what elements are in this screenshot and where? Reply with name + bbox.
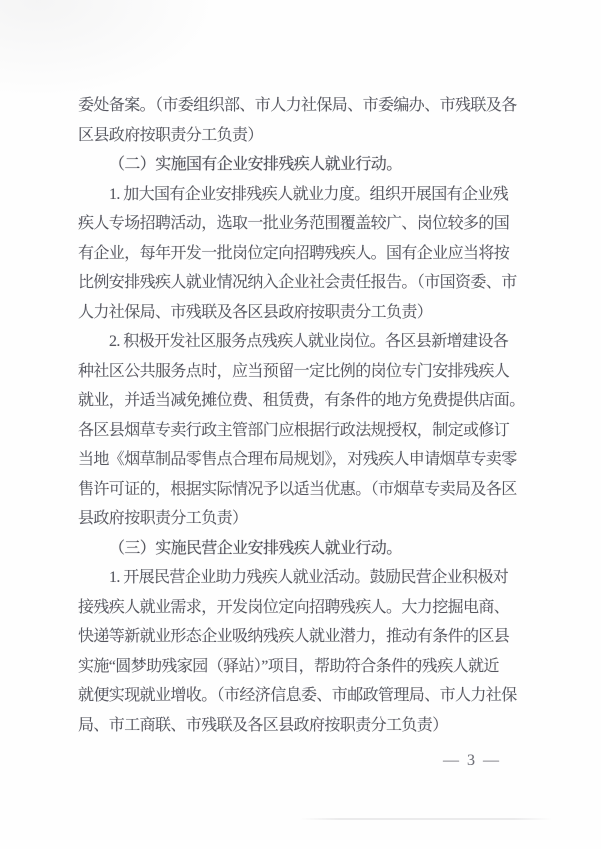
page-number: — 3 — — [443, 752, 501, 770]
text-line: 各区县烟草专卖行政主管部门应根据行政法规授权，制定或修订 — [78, 416, 525, 446]
text-line: 人力社保局、市残联及各区县政府按职责分工负责） — [78, 298, 525, 328]
text-line: 比例安排残疾人就业情况纳入企业社会责任报告。（市国资委、市 — [78, 268, 525, 298]
section-heading: （三）实施民营企业安排残疾人就业行动。 — [78, 534, 525, 564]
scan-line-artifact — [300, 818, 552, 820]
text-line: 有企业，每年开发一批岗位定向招聘残疾人。国有企业应当将按 — [78, 239, 525, 269]
text-line: 当地《烟草制品零售点合理布局规划》，对残疾人申请烟草专卖零 — [78, 445, 525, 475]
text-line: 疾人专场招聘活动，选取一批业务范围覆盖较广、岗位较多的国 — [78, 209, 525, 239]
text-line: 2. 积极开发社区服务点残疾人就业岗位。各区县新增建设各 — [78, 327, 525, 357]
text-line: 实施“圆梦助残家园（驿站）”项目，帮助符合条件的残疾人就近 — [78, 652, 525, 682]
text-line: 快递等新就业形态企业吸纳残疾人就业潜力，推动有条件的区县 — [78, 622, 525, 652]
text-line: 售许可证的，根据实际情况予以适当优惠。（市烟草专卖局及各区 — [78, 475, 525, 505]
scanned-document-page: 委处备案。（市委组织部、市人力社保局、市委编办、市残联及各 区县政府按职责分工负… — [0, 0, 601, 849]
text-line: 局、市工商联、市残联及各区县政府按职责分工负责） — [78, 711, 525, 741]
text-line: 县政府按职责分工负责） — [78, 504, 525, 534]
text-line: 就业，并适当减免摊位费、租赁费，有条件的地方免费提供店面。 — [78, 386, 525, 416]
document-text-block: 委处备案。（市委组织部、市人力社保局、市委编办、市残联及各 区县政府按职责分工负… — [78, 91, 525, 740]
text-line: 委处备案。（市委组织部、市人力社保局、市委编办、市残联及各 — [78, 91, 525, 121]
text-line: 区县政府按职责分工负责） — [78, 121, 525, 151]
text-line: 接残疾人就业需求，开发岗位定向招聘残疾人。大力挖掘电商、 — [78, 593, 525, 623]
text-line: 种社区公共服务点时，应当预留一定比例的岗位专门安排残疾人 — [78, 357, 525, 387]
text-line: 1. 加大国有企业安排残疾人就业力度。组织开展国有企业残 — [78, 180, 525, 210]
text-line: 就便实现就业增收。（市经济信息委、市邮政管理局、市人力社保 — [78, 681, 525, 711]
section-heading: （二）实施国有企业安排残疾人就业行动。 — [78, 150, 525, 180]
scan-smudge-artifact — [0, 0, 220, 100]
text-line: 1. 开展民营企业助力残疾人就业活动。鼓励民营企业积极对 — [78, 563, 525, 593]
